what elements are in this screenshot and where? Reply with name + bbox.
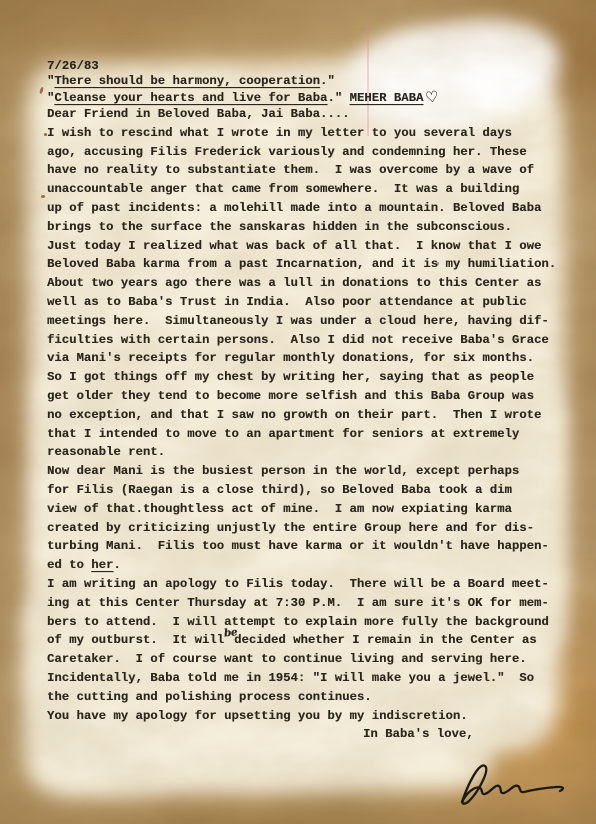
quote-line-2: "Cleanse your hearts and live for Baba."… — [47, 89, 569, 106]
quote-2-underlined: Cleanse your hearts and live for Baba — [54, 91, 327, 105]
quote-1-underlined: There should be harmony, cooperation — [54, 74, 320, 88]
heart-icon: ♡ — [425, 89, 440, 105]
paragraph-4: I am writing an apology to Filis today. … — [47, 575, 569, 707]
apology-line: You have my apology for upsetting you by… — [47, 707, 569, 726]
salutation: Dear Friend in Beloved Baba, Jai Baba...… — [47, 105, 569, 124]
paragraph-2: Just today I realized what was back of a… — [47, 237, 569, 463]
paragraph-3: Now dear Mani is the busiest person in t… — [47, 462, 569, 575]
underlined-her: her — [91, 558, 113, 572]
handwritten-insert-be: be — [223, 624, 235, 644]
letter-page: 7/26/83 "There should be harmony, cooper… — [0, 0, 596, 824]
quote-line-1: "There should be harmony, cooperation." — [47, 74, 569, 89]
attribution-meher-baba: MEHER BABA — [350, 91, 424, 105]
paragraph-1: I wish to rescind what I wrote in my let… — [47, 124, 569, 237]
signature-dana — [452, 756, 570, 810]
quote-block: "There should be harmony, cooperation." … — [47, 74, 569, 105]
letter-date: 7/26/83 — [47, 58, 569, 74]
closing-line: In Baba's love, — [47, 725, 569, 744]
letter-body: 7/26/83 "There should be harmony, cooper… — [47, 58, 569, 744]
